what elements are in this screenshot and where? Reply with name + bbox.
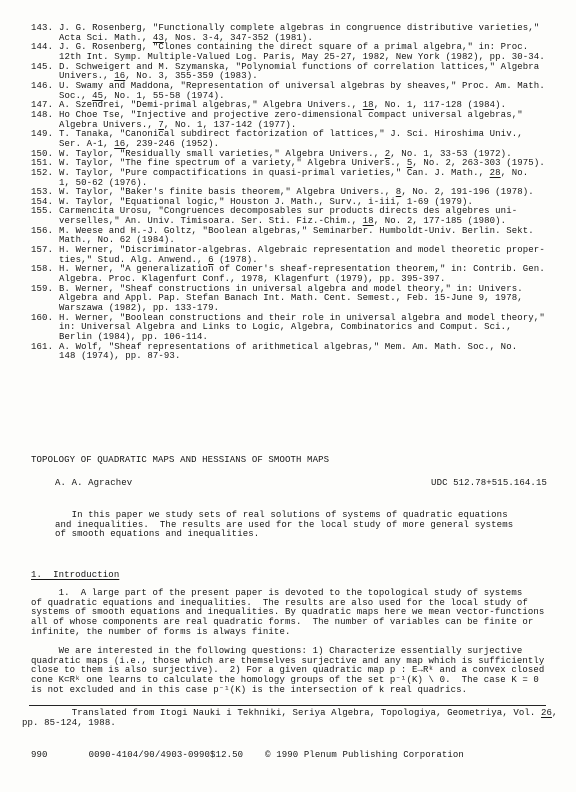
reference-number: 161. <box>31 343 59 362</box>
reference-item: 152. W. Taylor, "Pure compactifications … <box>31 169 556 188</box>
section-heading: 1. Introduction <box>31 570 119 580</box>
reference-text: Ho Choe Tse, "Injective and projective z… <box>59 111 523 130</box>
reference-text: U. Swamy and Maddona, "Representation of… <box>59 82 545 101</box>
byline-row: A. A. Agrachev UDC 512.78+515.164.15 <box>55 478 547 488</box>
reference-text: Carmencita Urosu, "Congruences decomposa… <box>59 207 517 226</box>
reference-text: W. Taylor, "Pure compactifications in qu… <box>59 169 528 188</box>
reference-number: 156. <box>31 227 59 246</box>
footnote-text: Translated from Itogi Nauki i Tekhniki, … <box>22 709 558 728</box>
reference-number: 159. <box>31 285 59 314</box>
reference-text: A. Wolf, "Sheaf representations of arith… <box>59 343 517 362</box>
footnote-rule <box>29 705 546 706</box>
reference-item: 145. D. Schweigert and M. Szymanska, "Po… <box>31 63 556 82</box>
reference-number: 146. <box>31 82 59 101</box>
reference-text: H. Werner, "Discriminator-algebras. Alge… <box>59 246 545 265</box>
reference-number: 149. <box>31 130 59 149</box>
reference-number: 143. <box>31 24 59 43</box>
reference-item: 148. Ho Choe Tse, "Injective and project… <box>31 111 556 130</box>
reference-item: 160. H. Werner, "Boolean constructions a… <box>31 314 556 343</box>
reference-item: 159. B. Werner, "Sheaf constructions in … <box>31 285 556 314</box>
reference-text: H. Werner, "Boolean constructions and th… <box>59 314 545 343</box>
reference-number: 148. <box>31 111 59 130</box>
scanned-paper-page: 143. J. G. Rosenberg, "Functionally comp… <box>0 0 576 792</box>
reference-number: 158. <box>31 265 59 284</box>
intro-paragraph-2: We are interested in the following quest… <box>31 647 544 696</box>
references-list: 143. J. G. Rosenberg, "Functionally comp… <box>31 24 556 362</box>
article-title: TOPOLOGY OF QUADRATIC MAPS AND HESSIANS … <box>31 455 329 465</box>
page-footer: 990 0090-4104/90/4903-0990$12.50 © 1990 … <box>31 750 464 760</box>
reference-item: 156. M. Weese and H.-J. Goltz, "Boolean … <box>31 227 556 246</box>
reference-text: T. Tanaka, "Canonical subdirect factoriz… <box>59 130 523 149</box>
issn-code: 0090-4104/90/4903-0990$12.50 <box>89 750 244 760</box>
reference-text: M. Weese and H.-J. Goltz, "Boolean algeb… <box>59 227 534 246</box>
intro-paragraph-1: 1. A large part of the present paper is … <box>31 589 544 638</box>
reference-item: 157. H. Werner, "Discriminator-algebras.… <box>31 246 556 265</box>
reference-item: 161. A. Wolf, "Sheaf representations of … <box>31 343 556 362</box>
reference-item: 146. U. Swamy and Maddona, "Representati… <box>31 82 556 101</box>
reference-item: 143. J. G. Rosenberg, "Functionally comp… <box>31 24 556 43</box>
reference-item: 158. H. Werner, "A generalization of Com… <box>31 265 556 284</box>
reference-number: 157. <box>31 246 59 265</box>
reference-number: 145. <box>31 63 59 82</box>
reference-number: 144. <box>31 43 59 62</box>
page-number: 990 <box>31 750 48 760</box>
reference-item: 144. J. G. Rosenberg, "Clones containing… <box>31 43 556 62</box>
abstract-text: In this paper we study sets of real solu… <box>55 511 513 540</box>
references-section: 143. J. G. Rosenberg, "Functionally comp… <box>31 24 556 362</box>
reference-text: B. Werner, "Sheaf constructions in unive… <box>59 285 523 314</box>
udc-number: UDC 512.78+515.164.15 <box>431 478 547 488</box>
reference-number: 160. <box>31 314 59 343</box>
copyright-notice: © 1990 Plenum Publishing Corporation <box>265 750 464 760</box>
author-name: A. A. Agrachev <box>55 478 132 488</box>
reference-item: 155. Carmencita Urosu, "Congruences deco… <box>31 207 556 226</box>
reference-number: 155. <box>31 207 59 226</box>
reference-text: D. Schweigert and M. Szymanska, "Polynom… <box>59 63 539 82</box>
reference-text: J. G. Rosenberg, "Clones containing the … <box>59 43 545 62</box>
reference-text: J. G. Rosenberg, "Functionally complete … <box>59 24 539 43</box>
reference-item: 149. T. Tanaka, "Canonical subdirect fac… <box>31 130 556 149</box>
reference-number: 152. <box>31 169 59 188</box>
reference-text: H. Werner, "A generalization of Comer's … <box>59 265 545 284</box>
